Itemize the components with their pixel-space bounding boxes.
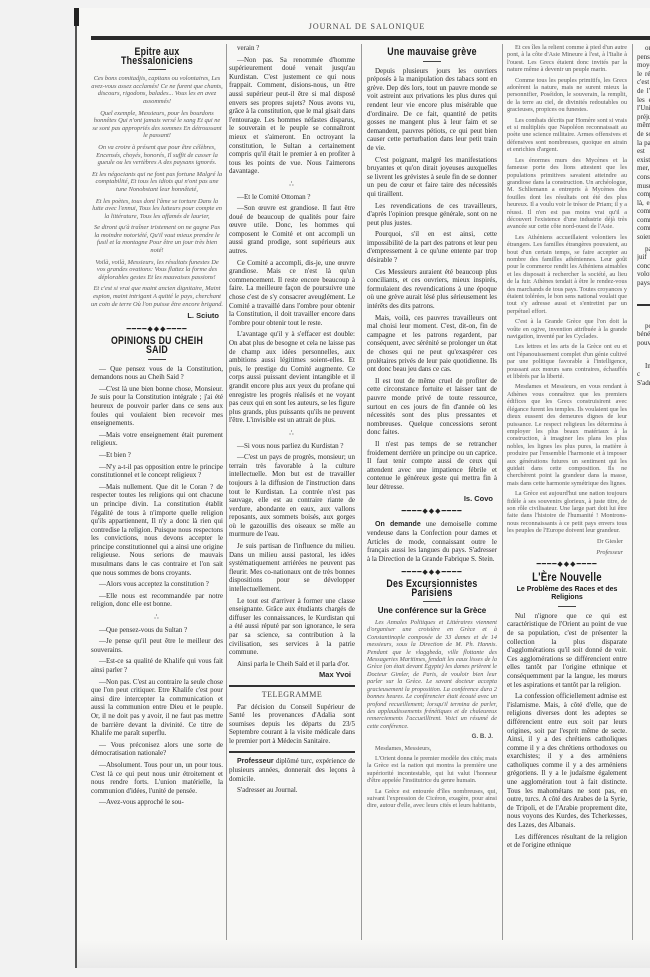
asterism-divider: ∴ bbox=[229, 429, 355, 438]
paragraph: Les lettres et les arts de la Grèce ont … bbox=[507, 343, 627, 380]
paragraph: —Est-ce sa qualité de Khalife qui vous f… bbox=[91, 657, 223, 674]
author-title: Professeur bbox=[507, 549, 623, 556]
page-bottom-margin bbox=[77, 940, 650, 968]
paragraph: La confession officiellement admise est … bbox=[507, 692, 627, 830]
paragraph: Les différences résultant de la religion… bbox=[507, 833, 627, 850]
ornament-divider: ━━━━◆◆◆━━━━ bbox=[507, 560, 627, 569]
paragraph: Pourquoi, s'il en est ainsi, cette impos… bbox=[367, 230, 497, 264]
author-signature: Dr Giesler bbox=[507, 538, 623, 545]
title-dash bbox=[148, 69, 166, 70]
paragraph: —Mais votre enseignement était purement … bbox=[91, 431, 223, 448]
paragraph: Les revendications de ces travailleurs, … bbox=[367, 202, 497, 228]
section-rule bbox=[229, 685, 355, 687]
paragraph: C'est poignant, malgré les manifestation… bbox=[367, 156, 497, 199]
article-body-excursionnistes: L'Orient donna le premier modèle des cit… bbox=[367, 755, 497, 810]
paragraph: La Grèce est entourée d'îles nombreuses,… bbox=[367, 788, 497, 810]
column-divider bbox=[361, 44, 362, 944]
paragraph: Les énormes murs des Mycènes et la fameu… bbox=[507, 157, 627, 231]
paragraph: —Je pense qu'il peut être le meilleur de… bbox=[91, 637, 223, 654]
column-5: ont profondément pensé à les par des moy… bbox=[637, 44, 650, 974]
section-rule bbox=[637, 304, 650, 306]
article-title-excursionnistes: Des Excursionnistes Parisiens bbox=[380, 580, 484, 597]
article-title-epitre: Epitre aux Thessaloniciens bbox=[104, 48, 210, 65]
installation-ad: Installation ment 50% c installation S S… bbox=[637, 362, 650, 388]
article-subtitle: Une conférence sur la Grèce bbox=[367, 607, 497, 616]
paragraph: Je suis partisan de l'influence du milie… bbox=[229, 542, 355, 594]
paragraph: L'Orient donna le premier modèle des cit… bbox=[367, 755, 497, 785]
author-signature: L. Sciuto bbox=[91, 312, 219, 321]
paragraph: —Et bien ? bbox=[91, 451, 223, 460]
title-dash bbox=[423, 61, 441, 62]
poem-stanza: On va croire à présent que pour être cél… bbox=[91, 144, 223, 167]
poem-stanza: Se diront qu'à traîner tristement on ne … bbox=[91, 224, 223, 254]
poem-stanza: Et les poètes, tous dont l'âme se tortur… bbox=[91, 198, 223, 221]
column-3: Une mauvaise grève Depuis plusieurs jour… bbox=[367, 44, 497, 974]
ornament-divider: ━━━━◆◆◆━━━━ bbox=[367, 507, 497, 516]
poem-epitre: Ces bons comitadjis, capitans ou volonta… bbox=[91, 75, 223, 308]
asterism-divider: ∴ bbox=[91, 613, 223, 622]
article-body-cont: ont profondément pensé à les par des moy… bbox=[637, 44, 650, 288]
paragraph: —Et le Comité Ottoman ? bbox=[229, 193, 355, 202]
column-divider bbox=[502, 44, 503, 944]
paragraph: Depuis plusieurs jours les ouvriers prép… bbox=[367, 67, 497, 153]
poem-stanza: Voilà, voilà, Messieurs, les résultats f… bbox=[91, 259, 223, 282]
paragraph: —Non pas. Sa renommée d'homme supérieure… bbox=[229, 56, 355, 176]
paragraph: Ce Comité a accompli, dis-je, une œuvre … bbox=[229, 259, 355, 328]
paragraph: Il n'est pas temps de se retrancher froi… bbox=[367, 440, 497, 492]
column-4: Et ces îles la relient comme à pied d'un… bbox=[507, 44, 627, 974]
poem-stanza: Quel exemple, Messieurs, pour les bourdo… bbox=[91, 110, 223, 140]
title-dash bbox=[423, 601, 441, 602]
paragraph: ont profondément pensé à les par des moy… bbox=[637, 44, 650, 242]
article-title-opinions: OPINIONS DU CHEIH SAID bbox=[104, 337, 210, 354]
paragraph: passe arriver d'être juif ou ottoman, pa… bbox=[637, 245, 650, 288]
column-divider bbox=[632, 44, 633, 944]
initials: G. B. J. bbox=[367, 733, 493, 740]
paragraph: —Son œuvre est grandiose. Il faut être d… bbox=[229, 204, 355, 256]
paragraph: Ainsi parla le Cheih Saïd et il parla d'… bbox=[229, 660, 355, 669]
section-rule bbox=[229, 751, 355, 753]
paragraph: —Elle nous est recommandée par notre rel… bbox=[91, 592, 223, 609]
paragraph: —Absolument. Tous pour un, un pour tous.… bbox=[91, 761, 223, 795]
paragraph: Les Athéniens accueillaient volontiers l… bbox=[507, 234, 627, 315]
masthead-rule bbox=[91, 36, 650, 40]
speech-address: Mesdames, Messieurs, bbox=[367, 745, 497, 752]
paragraph: Ces Messieurs auraient été beaucoup plus… bbox=[367, 268, 497, 311]
ad-lead: On deman bbox=[637, 310, 650, 319]
title-dash bbox=[148, 359, 166, 360]
paragraph: —C'est là une bien bonne chose, Monsieur… bbox=[91, 385, 223, 428]
title-dash bbox=[558, 606, 576, 607]
paragraph: —N'y a-t-il pas opposition entre le prin… bbox=[91, 463, 223, 480]
to-be-continued: (à suivre) bbox=[637, 291, 650, 300]
ad-text: pour affaire de bénéfices sérieux, ditai… bbox=[637, 322, 650, 348]
column-2: verain ?—Non pas. Sa renommée d'homme su… bbox=[229, 44, 355, 974]
paragraph: verain ? bbox=[229, 44, 355, 53]
paragraph: Mais, voilà, ces pauvres travailleurs on… bbox=[367, 314, 497, 374]
paragraph: Les combats décrits par Homère sont si v… bbox=[507, 117, 627, 154]
paragraph: — Que pensez vous de la Constitution, de… bbox=[91, 365, 223, 382]
article-body-conference: Et ces îles la relient comme à pied d'un… bbox=[507, 44, 627, 535]
telegramme-title: TELEGRAMME bbox=[229, 691, 355, 700]
telegramme-text: Par décision du Conseil Supérieur de San… bbox=[229, 703, 355, 746]
paragraph: Comme tous les peuples primitifs, les Gr… bbox=[507, 77, 627, 114]
professeur-ad: Professeur diplômé turc, expérience de p… bbox=[229, 757, 355, 784]
paragraph: Le tout est d'arriver à former une class… bbox=[229, 597, 355, 657]
asterism-divider: ∴ bbox=[229, 180, 355, 189]
author-signature: Max Yvoi bbox=[229, 671, 351, 680]
author-signature: Is. Covo bbox=[367, 495, 493, 504]
paragraph: —Mais nullement. Que dit le Coran ? de r… bbox=[91, 483, 223, 578]
poem-stanza: Ces bons comitadjis, capitans ou volonta… bbox=[91, 75, 223, 105]
article-body-greve: Depuis plusieurs jours les ouvriers prép… bbox=[367, 67, 497, 492]
paragraph: Mesdames et Messieurs, en vous rendant à… bbox=[507, 383, 627, 487]
paragraph: —Avez-vous approché le sou- bbox=[91, 798, 223, 807]
article-title-greve: Une mauvaise grève bbox=[380, 48, 484, 57]
article-body-opinions-cont: verain ?—Non pas. Sa renommée d'homme su… bbox=[229, 44, 355, 668]
column-1: Epitre aux Thessaloniciens Ces bons comi… bbox=[91, 44, 223, 974]
paragraph: Nul n'ignore que ce qui est caractéristi… bbox=[507, 612, 627, 689]
paragraph: —Non pas. C'est au contraire la seule ch… bbox=[91, 678, 223, 738]
ad-contact: S'adresser au Journal. bbox=[229, 786, 355, 795]
article-title-ere-nouvelle: L'Ère Nouvelle bbox=[519, 573, 615, 582]
on-demande-ad: On demande une demoiselle comme vendeuse… bbox=[367, 520, 497, 564]
paragraph: —C'est un pays de progrès, monsieur; un … bbox=[229, 453, 355, 539]
paragraph: Il est tout de même cruel de profiter de… bbox=[367, 377, 497, 437]
paragraph: Et ces îles la relient comme à pied d'un… bbox=[507, 44, 627, 74]
paragraph: La Grèce est aujourd'hui une nation touj… bbox=[507, 490, 627, 534]
paragraph: — Vous préconisez alors une sorte de dém… bbox=[91, 741, 223, 758]
paragraph: L'avantage qu'il y à s'effacer est doubl… bbox=[229, 330, 355, 425]
ornament-divider: ━━━━◆◆◆━━━━ bbox=[367, 568, 497, 577]
masthead: JOURNAL DE SALONIQUE bbox=[77, 22, 650, 31]
poem-stanza: Et les négociants qui ne font pas fortun… bbox=[91, 171, 223, 194]
ad-lead: Professeur bbox=[237, 758, 274, 765]
poem-stanza: Et c'est si vrai que maint ancien dignit… bbox=[91, 285, 223, 308]
ad-lead: On demande bbox=[375, 521, 421, 528]
paragraph: —Que pensez-vous du Sultan ? bbox=[91, 626, 223, 635]
paragraph: C'est à la Grande Grèce que l'on doit la… bbox=[507, 318, 627, 340]
paragraph: —Si vous nous parliez du Kurdistan ? bbox=[229, 442, 355, 451]
newspaper-page: JOURNAL DE SALONIQUE Epitre aux Thessalo… bbox=[75, 8, 650, 968]
article-subtitle: Le Problème des Races et des Religions bbox=[507, 586, 627, 603]
article-body-opinions: — Que pensez vous de la Constitution, de… bbox=[91, 365, 223, 807]
paragraph: —Alors vous acceptez la constitution ? bbox=[91, 580, 223, 589]
column-divider bbox=[226, 44, 227, 944]
article-intro: Les Annales Politiques et Littéraires vi… bbox=[367, 619, 497, 730]
ornament-divider: ━━━━◆◆◆━━━━ bbox=[91, 325, 223, 334]
article-body-ere-nouvelle: Nul n'ignore que ce qui est caractéristi… bbox=[507, 612, 627, 850]
